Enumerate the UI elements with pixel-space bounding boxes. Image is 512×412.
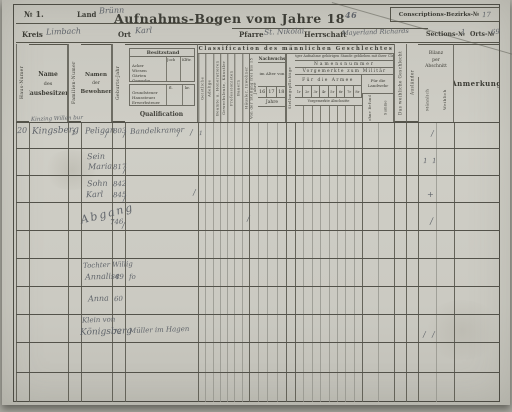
- col-geburtsjahr: Geburts-Jahr: [112, 44, 125, 122]
- col-besitzstand: Besitzstand Joch Klftr. Äcker Wiesen Gär…: [125, 44, 198, 122]
- grid-line-horizontal: [16, 202, 500, 203]
- kreis-label: Kreis: [22, 30, 43, 39]
- handwritten-mark: +: [427, 190, 434, 199]
- col-hausbesitzer-l2: des: [29, 81, 68, 87]
- form-year-value: 46: [345, 10, 357, 20]
- vormerk-divider: [329, 106, 330, 122]
- grid-line-horizontal: [16, 314, 500, 315]
- besitzstand-box: Besitzstand Joch Klftr. Äcker Wiesen Gär…: [129, 48, 195, 82]
- bilanz-col-maennlich: Männlich: [418, 77, 436, 122]
- land-label: Land: [77, 10, 96, 19]
- vormerk-divider: [312, 106, 313, 122]
- handwritten-mark: /: [123, 130, 126, 139]
- grid-line-vertical: [303, 122, 304, 402]
- conscription-box: Conscriptions-Bezirks-№ 17: [390, 7, 500, 22]
- grid-line-vertical: [454, 122, 455, 402]
- handwritten-mark: 1: [432, 157, 437, 165]
- ort-label: Ort: [118, 30, 131, 39]
- grid-line-vertical: [242, 122, 243, 402]
- grid-line-vertical: [312, 122, 313, 402]
- sections-label: Sections-№: [426, 31, 465, 38]
- nachwuchs-year-17: 17: [267, 86, 276, 98]
- grid-line-vertical: [345, 122, 346, 402]
- grid-line-vertical: [249, 122, 250, 402]
- vormerk-divider: [303, 106, 304, 122]
- col-bewohner-l2: der: [81, 81, 111, 86]
- form-title: Aufnahms-Bogen vom Jahre 1846: [114, 10, 324, 26]
- grid-line-horizontal: [16, 372, 500, 373]
- handwritten-year: 60: [114, 295, 123, 303]
- kreis-value: Limbach: [46, 26, 81, 36]
- handwritten-mark: 1: [199, 130, 203, 137]
- col-haus-nr: Haus-Numer: [16, 44, 29, 122]
- grid-line-vertical: [258, 122, 259, 402]
- paper-sheet: № 1. Land Brünn Aufnahms-Bogen vom Jahre…: [2, 0, 510, 405]
- handwritten-mark: /: [177, 129, 180, 138]
- bilanz-box: Bilanz per Abschnitt Männlich Weiblich: [418, 44, 454, 122]
- grid-line-vertical: [337, 122, 338, 402]
- besitzstand-joch: Joch: [167, 58, 175, 62]
- handwritten-mark: /: [430, 217, 433, 227]
- class-col-gewerbsleute: Gewerbsleute, Künstler: [220, 54, 227, 122]
- steuer-divider: [166, 85, 167, 106]
- class-col-beamte: Beamte u. Honoratioren: [213, 54, 220, 122]
- besitzstand-klftr: Klftr.: [182, 58, 192, 62]
- scanned-form-page: № 1. Land Brünn Aufnahms-Bogen vom Jahre…: [0, 0, 512, 412]
- vormerk-line3: Vorgemerkte zum Militär: [295, 68, 394, 75]
- vormerk-divider: [320, 106, 321, 122]
- col-bewohner-l1: Namen: [81, 72, 111, 78]
- landwehr-box: Für die Landwehr: [362, 75, 394, 94]
- nachwuchs-title: Nachwuchs: [258, 54, 286, 63]
- grid-line-vertical: [213, 122, 214, 402]
- vormerk-foot: Vorgemerkte Abschnitte: [295, 98, 362, 106]
- grid-line-horizontal: [16, 258, 500, 259]
- grid-line-vertical: [320, 122, 321, 402]
- bilanz-col-weiblich: Weiblich: [436, 77, 454, 122]
- besitzstand-row: Gewerbe: [132, 79, 150, 82]
- handwritten-mark: /: [105, 130, 108, 139]
- grid-line-horizontal: [16, 175, 500, 176]
- handwritten-year: 49: [115, 273, 124, 281]
- pfarre-value: St. Nikolai: [264, 26, 305, 36]
- vormerk-divider: [345, 106, 346, 122]
- col-weibliches-geschlecht: Das weibliche Geschlecht: [394, 44, 406, 122]
- grid-line-vertical: [205, 122, 206, 402]
- grid-line-vertical: [295, 122, 296, 402]
- grid-line-vertical: [68, 122, 69, 402]
- bilanz-l1: Bilanz: [425, 51, 447, 58]
- class-col-haeusler: Häusler, Inwohner: [242, 54, 249, 122]
- handwritten-family-no: 1: [71, 129, 76, 137]
- grid-line-vertical: [227, 122, 228, 402]
- vormerk-divider: [354, 106, 355, 122]
- nachwuchs-foot: Jahre: [258, 98, 286, 107]
- handwritten-name: Sein: [87, 152, 105, 162]
- handwritten-mark: /: [423, 330, 426, 339]
- grid-line-horizontal: [16, 148, 500, 149]
- grid-line-vertical: [394, 122, 395, 402]
- grid-line-vertical: [354, 122, 355, 402]
- vormerk-col: 1r: [295, 86, 303, 98]
- col-bewohner-l3: Bewohner: [81, 89, 111, 95]
- grid-line-vertical: [277, 122, 278, 402]
- steuer-kr: kr.: [185, 86, 190, 90]
- grid-line-vertical: [406, 122, 407, 402]
- col-anmerkung: Anmerkung: [454, 44, 499, 122]
- landwehr-col-summe: Summe: [378, 94, 394, 122]
- vormerk-col: 2r: [303, 86, 311, 98]
- besitzstand-row: Wiesen: [132, 69, 147, 73]
- grid-line-vertical: [29, 122, 30, 402]
- vormerk-col: 6r: [337, 86, 345, 98]
- nachwuchs-year-18: 18: [277, 86, 286, 98]
- vormerk-armee: Für die Armee: [295, 75, 362, 86]
- ort-value: Karl: [135, 26, 152, 36]
- form-number: № 1.: [24, 9, 44, 19]
- orts-value: 69: [491, 28, 500, 36]
- grid-line-vertical: [81, 122, 82, 402]
- handwritten-name: Karl: [86, 190, 103, 200]
- grid-line-horizontal: [16, 122, 500, 123]
- handwritten-mark: /: [431, 129, 434, 138]
- handwritten-year: 842: [113, 180, 127, 188]
- handwritten-name: Sohn: [87, 179, 108, 189]
- handwritten-mark: /: [193, 188, 196, 197]
- grid-line-vertical: [220, 122, 221, 402]
- besitzstand-row: Gärten: [132, 74, 146, 78]
- handwritten-year: 72: [113, 328, 122, 336]
- col-bis-15-jahre: Von der Stellung frei bis 15 Jahre: [249, 54, 258, 122]
- grid-line-horizontal: [16, 286, 500, 287]
- handwritten-name: Maria: [88, 162, 112, 172]
- steuer-box: fl. kr. Grundsteuer Haussteuer Erwerbste…: [129, 84, 195, 106]
- col-familien-nr: Familien-Numer: [68, 44, 81, 122]
- bilanz-head: Bilanz per Abschnitt: [418, 47, 454, 75]
- grid-line-vertical: [329, 122, 330, 402]
- steuer-row: Erwerbsteuer: [132, 101, 160, 105]
- grid-line-vertical: [418, 122, 419, 402]
- handwritten-mark: /: [123, 166, 126, 175]
- besitzstand-divider: [180, 57, 181, 82]
- col-hausbesitzer-l1: Name: [29, 71, 68, 78]
- grid-line-vertical: [267, 122, 268, 402]
- handwritten-mark: 1: [423, 157, 428, 165]
- vormerk-line1: In dem bei voriger Aufnahme gehörigen St…: [295, 54, 394, 61]
- grid-line-vertical: [234, 122, 235, 402]
- handwritten-name: Klein von: [82, 315, 116, 324]
- steuer-row: Grundsteuer: [132, 91, 158, 95]
- qualification-label: Qualification: [125, 107, 198, 121]
- nachwuchs-box: Nachwuchs im Alter von 16 17 18 Jahre: [258, 54, 286, 122]
- handwritten-mark: /: [190, 128, 193, 137]
- nachwuchs-year-16: 16: [258, 86, 267, 98]
- handwritten-mark: /: [247, 214, 250, 223]
- besitzstand-divider: [166, 57, 167, 82]
- conscription-label: Conscriptions-Bezirks-№: [399, 12, 480, 18]
- handwritten-house-no: 20: [17, 126, 27, 135]
- col-auslaender: Ausländer: [406, 44, 418, 122]
- nachwuchs-sub: im Alter von: [259, 65, 285, 83]
- col-hausbesitzer-l3: Hausbesitzers: [29, 90, 68, 97]
- vormerk-col: 3r: [312, 86, 320, 98]
- handwritten-qualification: fo: [129, 273, 136, 281]
- grid-line-vertical: [198, 122, 199, 402]
- grid-line-vertical: [362, 122, 363, 402]
- col-bewohner: Namen der Bewohner: [81, 44, 112, 122]
- class-col-adelige: Adelige: [205, 54, 212, 122]
- table-top-rule: [16, 42, 500, 43]
- vormerk-divider: [337, 106, 338, 122]
- col-hausbesitzer: Name des Hausbesitzers: [29, 44, 68, 122]
- herrschaft-label: Herrschaft: [304, 30, 347, 39]
- bilanz-l3: Abschnitt: [425, 64, 447, 71]
- steuer-divider: [182, 85, 183, 106]
- handwritten-name: Königsberg: [80, 326, 132, 338]
- conscription-value: 17: [482, 10, 491, 18]
- vormerk-col: 7r: [345, 86, 353, 98]
- grid-line-vertical: [378, 122, 379, 402]
- handwritten-name: Anna: [88, 294, 109, 304]
- vormerk-col: 8r: [354, 86, 362, 98]
- steuer-fl: fl.: [169, 86, 173, 90]
- grid-line-horizontal: [16, 342, 500, 343]
- col-stellungspflichtige: Stellungspflichtige: [286, 54, 295, 122]
- handwritten-mark: /: [122, 221, 125, 230]
- vormerk-box: In dem bei voriger Aufnahme gehörigen St…: [295, 54, 394, 122]
- landwehr-col-befund: ohne Befund: [362, 94, 378, 122]
- form-title-text: Aufnahms-Bogen vom Jahre 18: [114, 11, 345, 26]
- besitzstand-row: Äcker: [132, 64, 144, 68]
- vormerk-col: 5r: [329, 86, 337, 98]
- grid-line-vertical: [286, 122, 287, 402]
- classification-title: Classification des männlichen Geschlecht…: [198, 44, 394, 54]
- grid-line-horizontal: [16, 230, 500, 231]
- handwritten-name: Peligan: [85, 125, 115, 135]
- class-col-bauern: Bauern: [234, 54, 241, 122]
- handwritten-mark: /: [432, 330, 435, 339]
- grid-line-vertical: [16, 122, 17, 402]
- vormerk-line2: Namensnummer: [295, 61, 394, 68]
- sections-value: 1: [461, 28, 466, 36]
- besitzstand-title: Besitzstand: [130, 49, 195, 57]
- pfarre-label: Pfarre: [239, 30, 264, 39]
- vormerk-col: 4r: [320, 86, 328, 98]
- steuer-row: Haussteuer: [132, 96, 155, 100]
